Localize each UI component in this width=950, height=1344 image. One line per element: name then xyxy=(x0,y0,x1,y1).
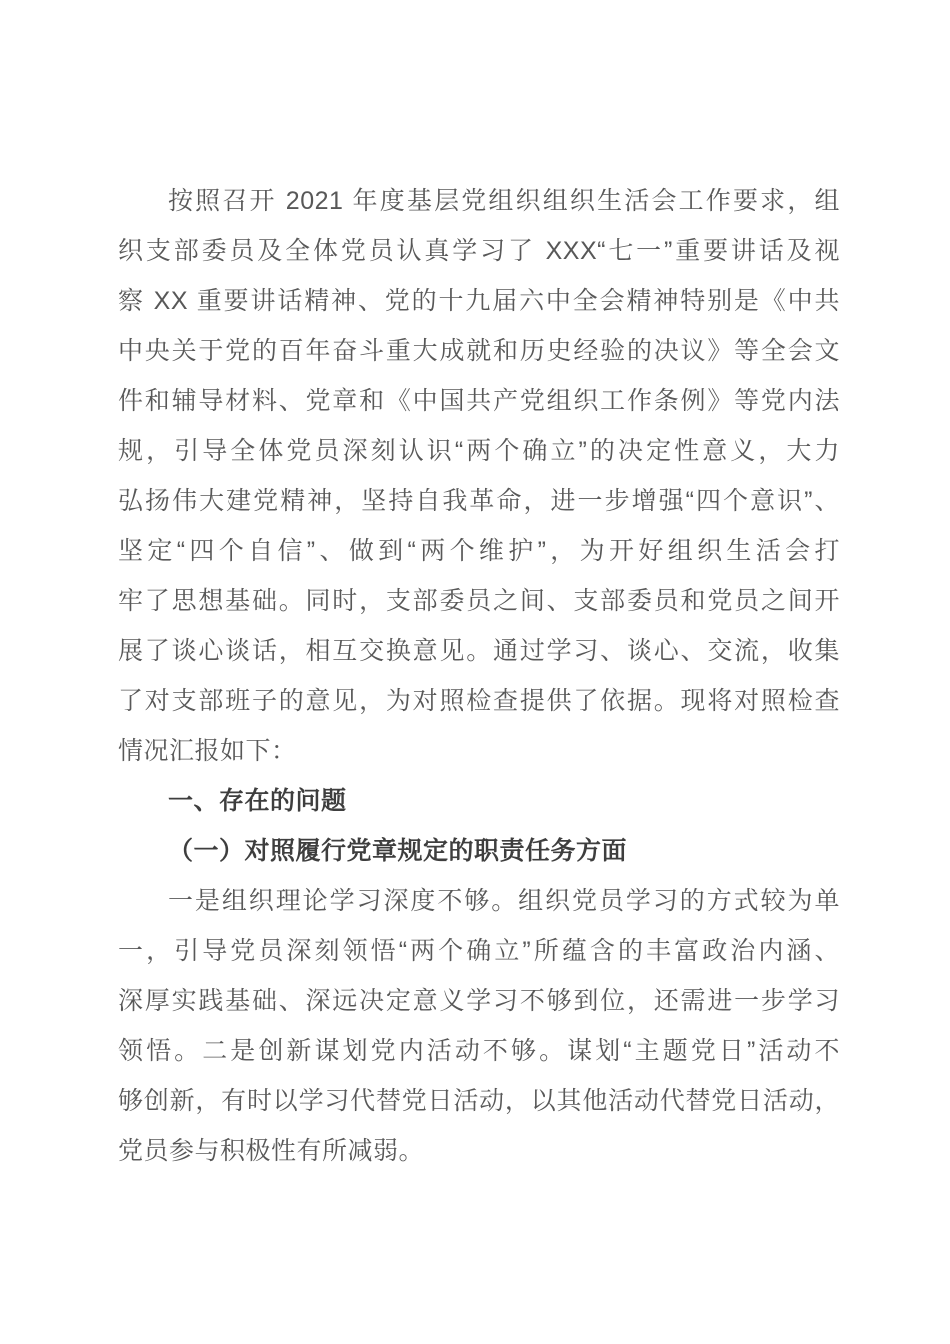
paragraph-line: 坚定“四个自信”、做到“两个维护”，为开好组织生活会打 xyxy=(118,526,840,576)
paragraph-line: 领悟。二是创新谋划党内活动不够。谋划“主题党日”活动不 xyxy=(118,1026,840,1076)
paragraph-line: 按照召开 2021 年度基层党组织组织生活会工作要求，组 xyxy=(118,176,840,226)
paragraph-line: 展了谈心谈话，相互交换意见。通过学习、谈心、交流，收集 xyxy=(118,626,840,676)
paragraph-line: 情况汇报如下： xyxy=(118,726,840,776)
section-heading-1: 一、存在的问题 xyxy=(118,776,840,826)
paragraph-line: 规，引导全体党员深刻认识“两个确立”的决定性意义，大力 xyxy=(118,426,840,476)
paragraph-line: 党员参与积极性有所减弱。 xyxy=(118,1126,840,1176)
paragraph-line: 件和辅导材料、党章和《中国共产党组织工作条例》等党内法 xyxy=(118,376,840,426)
paragraph-line: 织支部委员及全体党员认真学习了 XXX“七一”重要讲话及视 xyxy=(118,226,840,276)
paragraph-line: 中央关于党的百年奋斗重大成就和历史经验的决议》等全会文 xyxy=(118,326,840,376)
section-heading-1-1: （一）对照履行党章规定的职责任务方面 xyxy=(118,826,840,876)
paragraph-line: 一，引导党员深刻领悟“两个确立”所蕴含的丰富政治内涵、 xyxy=(118,926,840,976)
paragraph-line: 深厚实践基础、深远决定意义学习不够到位，还需进一步学习 xyxy=(118,976,840,1026)
document-background: { "page": { "background_color": "#ffffff… xyxy=(0,0,950,1344)
paragraph-line: 够创新，有时以学习代替党日活动，以其他活动代替党日活动， xyxy=(118,1076,840,1126)
document-page: 按照召开 2021 年度基层党组织组织生活会工作要求，组 织支部委员及全体党员认… xyxy=(118,176,840,1176)
paragraph-line: 牢了思想基础。同时，支部委员之间、支部委员和党员之间开 xyxy=(118,576,840,626)
paragraph-line: 了对支部班子的意见，为对照检查提供了依据。现将对照检查 xyxy=(118,676,840,726)
paragraph-line: 察 XX 重要讲话精神、党的十九届六中全会精神特别是《中共 xyxy=(118,276,840,326)
paragraph-line: 一是组织理论学习深度不够。组织党员学习的方式较为单 xyxy=(118,876,840,926)
paragraph-line: 弘扬伟大建党精神，坚持自我革命，进一步增强“四个意识”、 xyxy=(118,476,840,526)
